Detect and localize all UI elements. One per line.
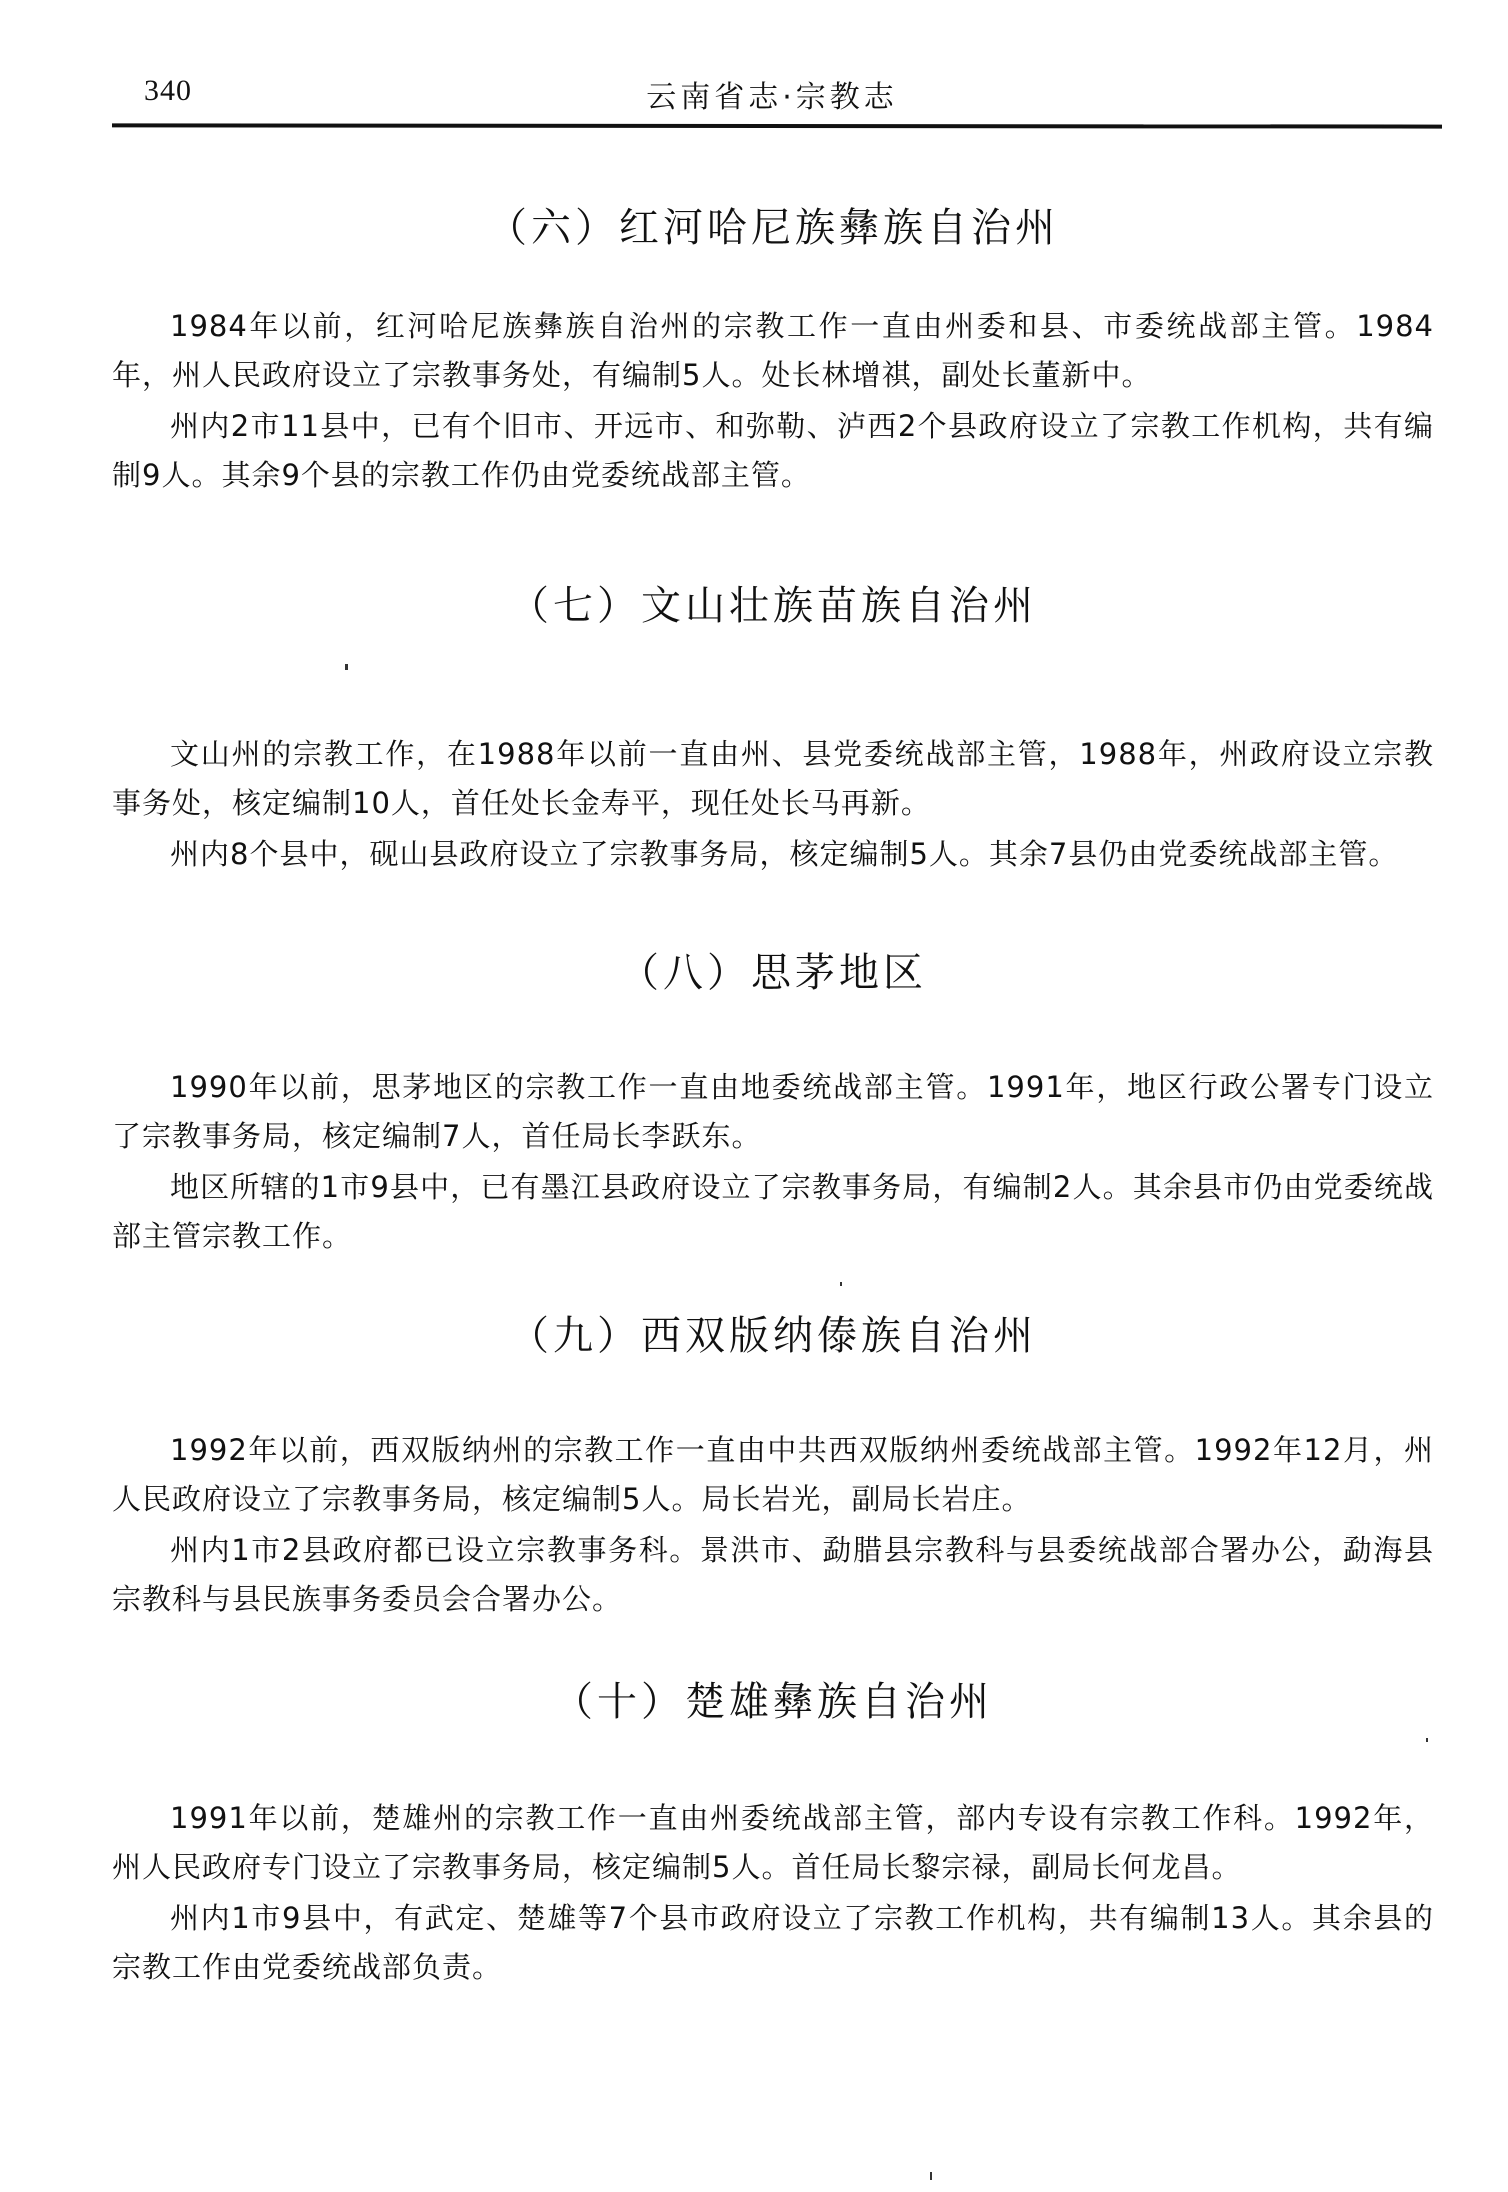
- section-chuxiong: （十）楚雄彝族自治州 1991年以前，楚雄州的宗教工作一直由州委统战部主管，部内…: [112, 1674, 1434, 1992]
- section-title: （六）红河哈尼族彝族自治州: [112, 200, 1434, 256]
- running-title: 云南省志·宗教志: [112, 72, 1432, 116]
- section-xishuangbanna: （九）西双版纳傣族自治州 1992年以前，西双版纳州的宗教工作一直由中共西双版纳…: [112, 1308, 1434, 1624]
- section-simao: （八）思茅地区 1990年以前，思茅地区的宗教工作一直由地委统战部主管。1991…: [112, 945, 1434, 1261]
- paragraph: 1984年以前，红河哈尼族彝族自治州的宗教工作一直由州委和县、市委统战部主管。1…: [112, 302, 1434, 400]
- scan-speck: [345, 664, 348, 670]
- section-honghe: （六）红河哈尼族彝族自治州 1984年以前，红河哈尼族彝族自治州的宗教工作一直由…: [112, 200, 1434, 500]
- paragraph: 州内8个县中，砚山县政府设立了宗教事务局，核定编制5人。其余7县仍由党委统战部主…: [112, 830, 1434, 879]
- section-wenshan: （七）文山壮族苗族自治州 文山州的宗教工作，在1988年以前一直由州、县党委统战…: [112, 578, 1434, 879]
- section-title: （十）楚雄彝族自治州: [112, 1674, 1434, 1730]
- paragraph: 州内2市11县中，已有个旧市、开远市、和弥勒、泸西2个县政府设立了宗教工作机构，…: [112, 402, 1434, 500]
- paragraph: 州内1市2县政府都已设立宗教事务科。景洪市、勐腊县宗教科与县委统战部合署办公，勐…: [112, 1526, 1434, 1624]
- scan-speck: [840, 1282, 842, 1286]
- scan-speck: [930, 2172, 932, 2180]
- section-title: （九）西双版纳傣族自治州: [112, 1308, 1434, 1364]
- paragraph: 州内1市9县中，有武定、楚雄等7个县市政府设立了宗教工作机构，共有编制13人。其…: [112, 1894, 1434, 1992]
- paragraph: 1992年以前，西双版纳州的宗教工作一直由中共西双版纳州委统战部主管。1992年…: [112, 1426, 1434, 1524]
- page-header: 340 云南省志·宗教志: [112, 62, 1432, 132]
- scan-speck: [1426, 1738, 1428, 1742]
- paragraph: 地区所辖的1市9县中，已有墨江县政府设立了宗教事务局，有编制2人。其余县市仍由党…: [112, 1163, 1434, 1261]
- paragraph: 1991年以前，楚雄州的宗教工作一直由州委统战部主管，部内专设有宗教工作科。19…: [112, 1794, 1434, 1892]
- paragraph: 1990年以前，思茅地区的宗教工作一直由地委统战部主管。1991年，地区行政公署…: [112, 1063, 1434, 1161]
- section-title: （七）文山壮族苗族自治州: [112, 578, 1434, 634]
- paragraph: 文山州的宗教工作，在1988年以前一直由州、县党委统战部主管，1988年，州政府…: [112, 730, 1434, 828]
- section-title: （八）思茅地区: [112, 945, 1434, 1001]
